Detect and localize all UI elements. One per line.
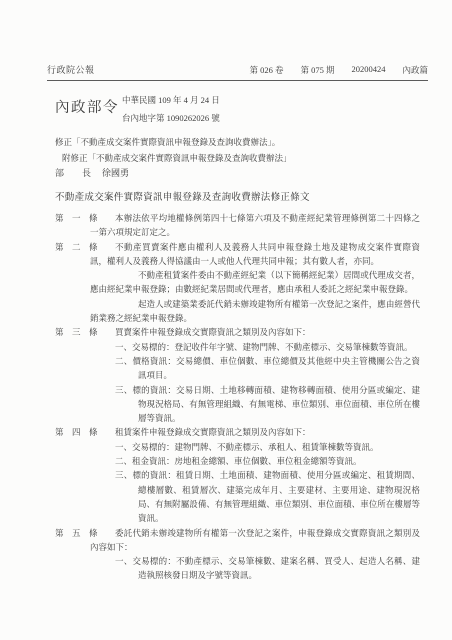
article-paragraph: 本辦法依平均地權條例第四十七條第六項及不動產經紀業管理條例第二十四條之一第六項規… [90,211,420,240]
article: 第 五 條委託代銷未辦竣建物所有權第一次登記之案件，申報登錄成交實際資訊之類別及… [55,526,420,583]
article-paragraph: 租賃案件申報登錄成交實際資訊之類別及內容如下： [90,425,420,439]
article-body: 本辦法依平均地權條例第四十七條第六項及不動產經紀業管理條例第二十四條之一第六項規… [90,211,420,240]
article-body: 委託代銷未辦竣建物所有權第一次登記之案件，申報登錄成交實際資訊之類別及內容如下：… [90,526,420,583]
gazette-header-meta: 第 026 卷 第 075 期 20200424 內政篇 [249,64,428,76]
article-body: 買賣案件申報登錄成交實際資訊之類別及內容如下：一、交易標的：登記收件年字號、建物… [90,325,420,425]
gazette-issue: 第 075 期 [300,64,334,76]
gazette-header: 行政院公報 第 026 卷 第 075 期 20200424 內政篇 [47,63,428,81]
order-meta: 中華民國 109 年 4 月 24 日 台內地字第 1090262026 號 [122,91,220,127]
gazette-volume: 第 026 卷 [249,64,283,76]
minister-title: 部 長 [55,168,91,178]
order-roc-date: 中華民國 109 年 4 月 24 日 [122,91,220,109]
gazette-date: 20200424 [351,64,385,76]
gazette-page: 行政院公報 第 026 卷 第 075 期 20200424 內政篇 內政部令 … [0,0,452,640]
article-paragraph: 買賣案件申報登錄成交實際資訊之類別及內容如下： [90,325,420,339]
order-doc-number: 台內地字第 1090262026 號 [122,109,220,127]
article-paragraph: 三、標的資訊：交易日期、土地移轉面積、建物移轉面積、使用分區或編定、建物現況格局… [90,383,420,426]
minister-signature: 部 長徐國勇 [55,166,129,179]
article-paragraph: 三、標的資訊：租賃日期、土地面積、建物面積、使用分區或編定、租賃期間、總樓層數、… [90,468,420,525]
article: 第 二 條不動產買賣案件應由權利人及義務人共同申報登錄土地及建物成交案件實際資訊… [55,240,420,326]
article-paragraph: 起造人或建築業委託代銷未辦竣建物所有權第一次登記之案件，應由經營代銷業務之經紀業… [90,297,420,326]
article-paragraph: 二、租金資訊：房地租金總額、車位個數、車位租金總額等資訊。 [90,454,420,468]
order-heading: 內政部令 中華民國 109 年 4 月 24 日 台內地字第 109026202… [55,91,220,127]
gazette-name: 行政院公報 [47,63,95,76]
article-paragraph: 一、交易標的：不動產標示、交易筆棟數、建案名稱、買受人、起造人名稱、建造執照核發… [90,554,420,583]
article-paragraph: 不動產買賣案件應由權利人及義務人共同申報登錄土地及建物成交案件實際資訊，權利人及… [90,240,420,269]
article: 第 三 條買賣案件申報登錄成交實際資訊之類別及內容如下：一、交易標的：登記收件年… [55,325,420,425]
article-body: 不動產買賣案件應由權利人及義務人共同申報登錄土地及建物成交案件實際資訊，權利人及… [90,240,420,326]
article-number: 第 三 條 [55,325,98,339]
article-paragraph: 二、價格資訊：交易總價、車位個數、車位總價及其他經中央主管機關公告之資訊項目。 [90,354,420,383]
amendment-line: 修正「不動產成交案件實際資訊申報登錄及查詢收費辦法」。 [55,135,292,151]
amendment-attachment-line: 附修正「不動產成交案件實際資訊申報登錄及查詢收費辦法」 [55,151,292,167]
document-title: 不動產成交案件實際資訊申報登錄及查詢收費辦法修正條文 [55,189,310,203]
articles: 第 一 條本辦法依平均地權條例第四十七條第六項及不動產經紀業管理條例第二十四條之… [55,211,420,583]
article-paragraph: 委託代銷未辦竣建物所有權第一次登記之案件，申報登錄成交實際資訊之類別及內容如下： [90,526,420,555]
minister-name: 徐國勇 [102,168,129,178]
gazette-section: 內政篇 [402,64,428,76]
article-paragraph: 一、交易標的：登記收件年字號、建物門牌、不動產標示、交易筆棟數等資訊。 [90,340,420,354]
issuing-agency: 內政部令 [55,91,119,127]
article: 第 一 條本辦法依平均地權條例第四十七條第六項及不動產經紀業管理條例第二十四條之… [55,211,420,240]
article-number: 第 二 條 [55,240,98,254]
article-number: 第 四 條 [55,425,98,439]
article-number: 第 一 條 [55,211,98,225]
amendment-statement: 修正「不動產成交案件實際資訊申報登錄及查詢收費辦法」。 附修正「不動產成交案件實… [55,135,292,166]
article: 第 四 條租賃案件申報登錄成交實際資訊之類別及內容如下：一、交易標的：建物門牌、… [55,425,420,525]
article-paragraph: 一、交易標的：建物門牌、不動產標示、承租人、租賃筆棟數等資訊。 [90,440,420,454]
article-number: 第 五 條 [55,526,98,540]
article-body: 租賃案件申報登錄成交實際資訊之類別及內容如下：一、交易標的：建物門牌、不動產標示… [90,425,420,525]
article-paragraph: 不動產租賃案件委由不動產經紀業（以下簡稱經紀業）居間或代理成交者，應由經紀業申報… [90,268,420,297]
